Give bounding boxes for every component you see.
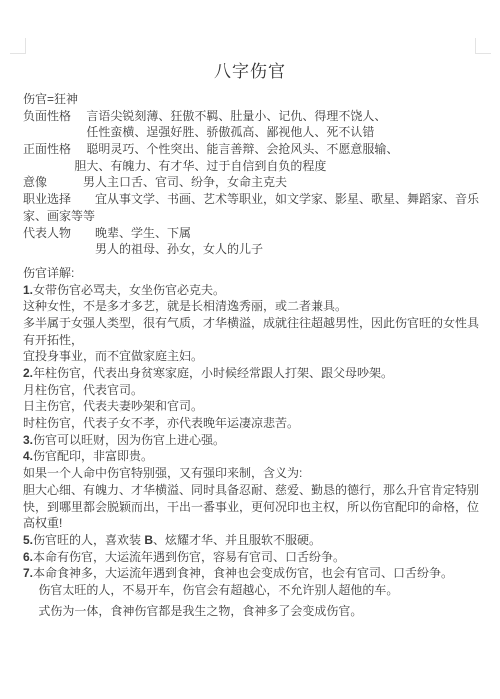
text-line: 有开拓性， [23,332,489,349]
text-segment: 家、画家等等 [23,209,95,223]
text-segment: 男人的祖母、孙女，女人的儿子 [23,242,263,256]
text-segment: 职业选择 宜从事文学、书画、艺术等职业，如文学家、影星、歌星、舞蹈家、音乐 [23,192,479,206]
text-line: 多半属于女强人类型，很有气质，才华横溢，成就往往超越男性，因此伤官旺的女性具 [23,315,489,332]
text-line: 时柱伤官，代表子女不孝，亦代表晚年运凄凉悲苦。 [23,415,489,432]
text-line: 快，到哪里都会脱颖而出，干出一番事业，更何况印也主权，所以伤官配印的命格，位 [23,499,489,516]
text-line: 胆大、有魄力、有才华、过于自信到自负的程度 [23,158,489,175]
text-segment: 伤官配印，非富即贵。 [33,449,153,463]
bold-text-segment: B [144,533,153,547]
text-segment: 如果一个人命中伤官特别强，又有强印来制，含义为: [23,466,302,480]
document-body: 伤官=狂神负面性格 言语尖锐刻薄、狂傲不羁、肚量小、记仇、得理不饶人、 任性蛮横… [23,91,489,619]
bold-text-segment: 6. [23,550,33,564]
text-segment: 伤官详解: [23,266,74,280]
text-line: 式伤为一体，食神伤官都是我生之物，食神多了会变成伤官。 [23,603,489,620]
text-line: 伤官详解: [23,265,489,282]
document-page: 八字伤官 伤官=狂神负面性格 言语尖锐刻薄、狂傲不羁、肚量小、记仇、得理不饶人、… [0,0,500,699]
text-line: 任性蛮横、逞强好胜、骄傲孤高、鄙视他人、死不认错 [23,124,489,141]
text-line: 3.伤官可以旺财，因为伤官上进心强。 [23,432,489,449]
text-line: 5.伤官旺的人，喜欢装 B、炫耀才华、并且服软不服硬。 [23,532,489,549]
text-line: 家、画家等等 [23,208,489,225]
text-segment: 胆大心细、有魄力、才华横溢、同时具备忍耐、慈爱、勤恳的德行，那么升官肯定特别 [23,483,479,497]
text-segment: 、炫耀才华、并且服软不服硬。 [153,533,321,547]
text-segment: 高权重! [23,516,62,530]
text-line: 男人的祖母、孙女，女人的儿子 [23,241,489,258]
text-segment: 多半属于女强人类型，很有气质，才华横溢，成就往往超越男性，因此伤官旺的女性具 [23,316,479,330]
text-segment: 正面性格 聪明灵巧、个性突出、能言善辩、会抢风头、不愿意服输、 [23,142,398,156]
text-segment: 式伤为一体，食神伤官都是我生之物，食神多了会变成伤官。 [23,604,362,618]
bold-text-segment: 4. [23,449,33,463]
text-line: 如果一个人命中伤官特别强，又有强印来制，含义为: [23,465,489,482]
text-segment: 负面性格 言语尖锐刻薄、狂傲不羁、肚量小、记仇、得理不饶人、 [23,109,386,123]
text-line: 胆大心细、有魄力、才华横溢、同时具备忍耐、慈爱、勤恳的德行，那么升官肯定特别 [23,482,489,499]
text-line: 正面性格 聪明灵巧、个性突出、能言善辩、会抢风头、不愿意服输、 [23,141,489,158]
text-segment: 代表人物 晚辈、学生、下属 [23,226,191,240]
text-line: 代表人物 晚辈、学生、下属 [23,225,489,242]
text-line: 日主伤官，代表夫妻吵架和官司。 [23,398,489,415]
text-line: 职业选择 宜从事文学、书画、艺术等职业，如文学家、影星、歌星、舞蹈家、音乐 [23,191,489,208]
page-margin-corner-right-icon [475,38,491,54]
text-line: 2.年柱伤官，代表出身贫寒家庭，小时候经常跟人打架、跟父母吵架。 [23,365,489,382]
text-line: 1.女带伤官必骂夫，女坐伤官必克夫。 [23,282,489,299]
text-segment: 伤官太旺的人，不易开车，伤官会有超越心，不允许别人超他的车。 [23,583,398,597]
text-segment: 女带伤官必骂夫，女坐伤官必克夫。 [33,283,225,297]
text-segment: 伤官可以旺财，因为伤官上进心强。 [33,433,225,447]
text-line: 意像 男人主口舌、官司、纷争，女命主克夫 [23,174,489,191]
text-segment: 年柱伤官，代表出身贫寒家庭，小时候经常跟人打架、跟父母吵架。 [33,366,393,380]
text-line: 伤官太旺的人，不易开车，伤官会有超越心，不允许别人超他的车。 [23,582,489,599]
text-segment: 月柱伤官，代表官司。 [23,383,143,397]
text-segment: 伤官=狂神 [23,92,78,106]
text-segment: 伤官旺的人，喜欢装 [33,533,144,547]
text-line: 6.本命有伤官，大运流年遇到伤官，容易有官司、口舌纷争。 [23,549,489,566]
text-segment: 快，到哪里都会脱颖而出，干出一番事业，更何况印也主权，所以伤官配印的命格，位 [23,500,479,514]
bold-text-segment: 3. [23,433,33,447]
bold-text-segment: 7. [23,566,33,580]
document-title: 八字伤官 [0,57,500,82]
text-segment: 日主伤官，代表夫妻吵架和官司。 [23,399,203,413]
text-segment: 有开拓性， [23,333,83,347]
text-line: 宜投身事业，而不宜做家庭主妇。 [23,348,489,365]
text-segment: 本命食神多，大运流年遇到食神，食神也会变成伤官，也会有官司、口舌纷争。 [33,566,453,580]
text-segment: 本命有伤官，大运流年遇到伤官，容易有官司、口舌纷争。 [33,550,345,564]
text-line: 这种女性，不是多才多艺，就是长相清逸秀丽，或二者兼具。 [23,298,489,315]
text-line: 负面性格 言语尖锐刻薄、狂傲不羁、肚量小、记仇、得理不饶人、 [23,108,489,125]
text-line: 高权重! [23,515,489,532]
bold-text-segment: 2. [23,366,33,380]
bold-text-segment: 1. [23,283,33,297]
text-segment: 这种女性，不是多才多艺，就是长相清逸秀丽，或二者兼具。 [23,299,347,313]
bold-text-segment: 5. [23,533,33,547]
text-segment: 时柱伤官，代表子女不孝，亦代表晚年运凄凉悲苦。 [23,416,299,430]
text-segment: 任性蛮横、逞强好胜、骄傲孤高、鄙视他人、死不认错 [23,125,374,139]
page-margin-corner-left-icon [10,38,26,54]
text-segment: 宜投身事业，而不宜做家庭主妇。 [23,349,203,363]
text-line: 月柱伤官，代表官司。 [23,382,489,399]
text-line: 4.伤官配印，非富即贵。 [23,448,489,465]
text-line: 7.本命食神多，大运流年遇到食神，食神也会变成伤官，也会有官司、口舌纷争。 [23,565,489,582]
text-line: 伤官=狂神 [23,91,489,108]
text-segment: 意像 男人主口舌、官司、纷争，女命主克夫 [23,175,287,189]
text-segment: 胆大、有魄力、有才华、过于自信到自负的程度 [23,159,326,173]
